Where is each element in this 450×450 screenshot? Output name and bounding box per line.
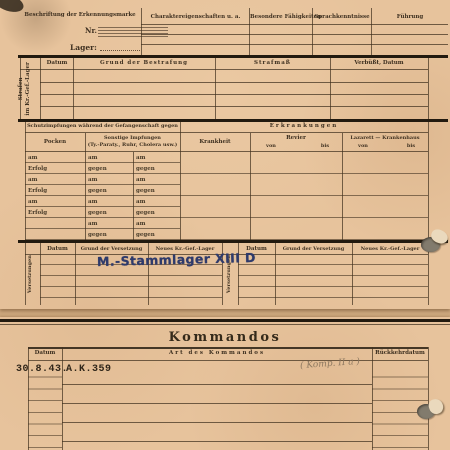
impf-cell: gegen bbox=[136, 166, 178, 172]
section-divider bbox=[18, 119, 448, 122]
impf-cell: gegen bbox=[136, 210, 178, 216]
lager-blank-line bbox=[100, 43, 140, 51]
grid-line bbox=[330, 58, 331, 119]
grid-line bbox=[73, 58, 74, 119]
impf-cell: gegen bbox=[88, 210, 130, 216]
grid-line bbox=[28, 347, 428, 349]
id-title: Beschriftung der Erkennungsmarke bbox=[22, 12, 138, 19]
impf-cell: am bbox=[136, 177, 178, 183]
impf-cell: am bbox=[136, 199, 178, 205]
impf-cell: Erfolg bbox=[28, 166, 78, 172]
grid-line bbox=[28, 360, 428, 361]
impf-cell: am bbox=[88, 155, 130, 161]
col-header-conduct: Führung bbox=[372, 14, 448, 21]
card-top-rule-thin bbox=[0, 324, 450, 325]
grid-line bbox=[40, 94, 428, 95]
col-header-datum: Datum bbox=[41, 60, 73, 67]
col-header-datum: Datum bbox=[28, 350, 62, 357]
side-label-line2: im Kr.-Gef.-Lager bbox=[25, 62, 32, 115]
grid-line bbox=[20, 69, 428, 70]
grid-line bbox=[428, 243, 429, 305]
col-header-skills: Besondere Fähigkeiten bbox=[250, 14, 312, 21]
grid-line bbox=[62, 422, 372, 423]
col-header-grund-bestrafung: Grund der Bestrafung bbox=[73, 60, 215, 67]
impf-cell: gegen bbox=[88, 188, 130, 194]
grid-line bbox=[428, 347, 429, 450]
kommandos-title: Kommandos bbox=[125, 330, 325, 345]
grid-line bbox=[62, 403, 372, 404]
col-header-traits: Charaktereigenschaften u. a. bbox=[142, 14, 249, 21]
col-header-languages: Sprachkenntnisse bbox=[313, 14, 371, 21]
grid-line bbox=[141, 24, 448, 25]
col-header-sonstige-1: Sonstige Impfungen bbox=[86, 135, 179, 141]
lazarett-bis: bis bbox=[396, 143, 426, 149]
grid-line bbox=[25, 132, 428, 133]
impf-cell: gegen bbox=[136, 232, 178, 238]
col-header-krankheit: Krankheit bbox=[180, 139, 250, 146]
pow-record-card-scan: Beschriftung der Erkennungsmarke Nr. Lag… bbox=[0, 0, 450, 450]
grid-line bbox=[141, 34, 448, 35]
col-header-sonstige-2: (Ty.-Paraty., Ruhr, Cholera usw.) bbox=[86, 142, 179, 148]
impf-cell: am bbox=[136, 155, 178, 161]
group-header-vaccinations: Schutzimpfungen während der Gefangenscha… bbox=[27, 123, 178, 129]
grid-line bbox=[428, 58, 429, 119]
impf-cell: Erfolg bbox=[28, 188, 78, 194]
group-header-illnesses: Erkrankungen bbox=[180, 123, 428, 130]
col-header-lazarett: Lazarett — Krankenhaus bbox=[342, 135, 428, 141]
impf-cell: am bbox=[88, 221, 130, 227]
impf-cell: am bbox=[28, 199, 78, 205]
transfers-side-label-left: Versetzungen bbox=[20, 243, 40, 305]
grid-line bbox=[40, 106, 428, 107]
impf-cell: am bbox=[28, 177, 78, 183]
side-label-text: Versetzungen bbox=[27, 255, 33, 293]
revier-bis: bis bbox=[310, 143, 340, 149]
kommando-entry-date: 30.8.43. bbox=[16, 364, 68, 375]
grid-line bbox=[215, 58, 216, 119]
card-top-rule bbox=[0, 319, 450, 322]
col-header-art-des-kommandos: Art des Kommandos bbox=[62, 350, 372, 357]
col-header-datum: Datum bbox=[40, 246, 75, 253]
grid-line bbox=[40, 82, 428, 83]
lazarett-von: von bbox=[348, 143, 378, 149]
impf-cell: gegen bbox=[136, 188, 178, 194]
datum-column-row-lines bbox=[28, 366, 62, 450]
transfer-row-lines-right bbox=[238, 254, 428, 304]
lager-label: Lager: bbox=[70, 43, 100, 52]
impf-cell: am bbox=[136, 221, 178, 227]
col-header-grund-versetzung: Grund der Versetzung bbox=[275, 246, 352, 252]
grid-line bbox=[40, 58, 41, 119]
grid-line bbox=[141, 44, 448, 45]
col-header-revier: Revier bbox=[250, 135, 342, 142]
col-header-strafmass: Strafmaß bbox=[215, 60, 330, 67]
impf-cell: Erfolg bbox=[28, 210, 78, 216]
nr-label: Nr. bbox=[84, 27, 98, 35]
grid-line bbox=[428, 122, 429, 240]
nr-ruled-blank bbox=[98, 27, 168, 38]
impf-cell: am bbox=[88, 177, 130, 183]
section-divider bbox=[18, 55, 448, 58]
impf-cell: gegen bbox=[88, 166, 130, 172]
col-header-pocken: Pocken bbox=[25, 139, 85, 146]
kommando-entry-unit: A.K.359 bbox=[66, 364, 112, 375]
impf-cell: am bbox=[88, 199, 130, 205]
col-header-rueckkehrdatum: Rückkehrdatum bbox=[372, 350, 428, 357]
revier-von: von bbox=[256, 143, 286, 149]
punishments-side-label: Strafen im Kr.-Gef.-Lager bbox=[12, 58, 38, 119]
grid-line bbox=[62, 384, 372, 385]
impf-cell: am bbox=[28, 155, 78, 161]
grid-line bbox=[62, 441, 372, 442]
col-header-neues-lager: Neues Kr.-Gef.-Lager bbox=[352, 246, 428, 252]
impf-cell: gegen bbox=[88, 232, 130, 238]
illness-row-lines bbox=[180, 152, 428, 240]
grid-line bbox=[62, 347, 63, 450]
col-header-verbuesst: Verbüßt, Datum bbox=[330, 60, 428, 67]
col-header-grund-versetzung: Grund der Versetzung bbox=[75, 246, 148, 252]
